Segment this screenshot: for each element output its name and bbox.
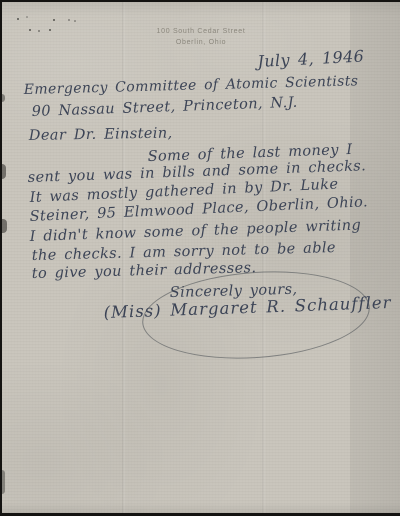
letterhead-city: Oberlin, Ohio (2, 39, 400, 46)
salutation: Dear Dr. Einstein, (29, 125, 173, 144)
date-line: July 4, 1946 (257, 46, 365, 71)
top-edge-shadow (2, 2, 400, 16)
letterhead-address: 100 South Cedar Street (2, 28, 400, 35)
letter-page: 100 South Cedar Street Oberlin, Ohio Jul… (2, 2, 400, 513)
recipient-address: 90 Nassau Street, Princeton, N.J. (31, 95, 298, 120)
edge-smudge (2, 470, 5, 494)
body-line: the checks. I am sorry not to be able (32, 240, 337, 264)
edge-smudge (2, 164, 6, 179)
pencil-dot (74, 20, 76, 22)
pencil-dot (53, 19, 55, 21)
recipient-name: Emergency Committee of Atomic Scientists (24, 73, 359, 98)
pencil-dot (26, 16, 28, 18)
pencil-dot (17, 18, 19, 20)
edge-smudge (2, 94, 5, 102)
pencil-dot (68, 19, 70, 21)
bottom-edge-shadow (2, 503, 400, 513)
edge-smudge (2, 219, 7, 233)
